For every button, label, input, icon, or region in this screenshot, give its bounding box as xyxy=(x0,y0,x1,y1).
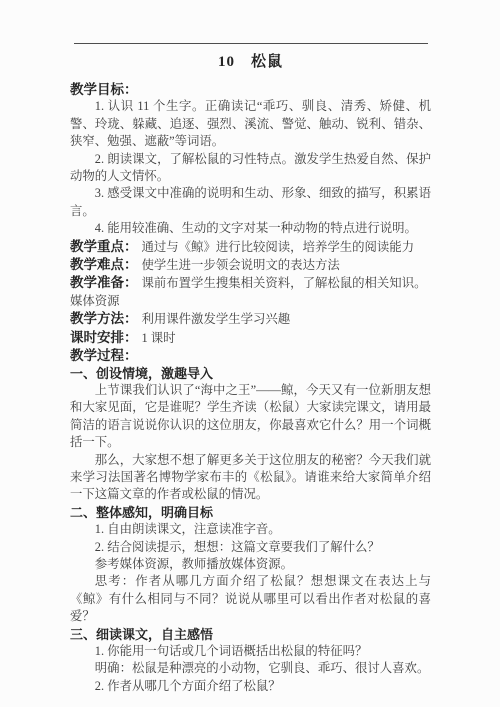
meta-label-method: 教学方法： xyxy=(70,311,138,326)
document-page: 10 松鼠 教学目标： 1. 认识 11 个生字。正确读记“乖巧、驯良、清秀、矫… xyxy=(0,0,500,707)
section-2-paragraph-2: 2. 结合阅读提示，想想：这篇文章要我们了解什么？ xyxy=(70,539,431,556)
meta-schedule: 课时安排：1 课时 xyxy=(70,329,431,347)
meta-text-key-points: 通过与《鲸》进行比较阅读，培养学生的阅读能力 xyxy=(142,240,415,254)
meta-label-preparation: 教学准备： xyxy=(70,275,138,290)
document-content: 10 松鼠 教学目标： 1. 认识 11 个生字。正确读记“乖巧、驯良、清秀、矫… xyxy=(70,47,431,695)
section-1-paragraph-2: 那么，大家想不想了解更多关于这位朋友的秘密？今天我们就来学习法国著名博物学家布丰… xyxy=(70,452,431,504)
meta-method: 教学方法：利用课件激发学生学习兴趣 xyxy=(70,310,431,328)
process-header: 教学过程： xyxy=(70,347,431,364)
meta-text-difficulties: 使学生进一步领会说明文的表达方法 xyxy=(142,258,340,272)
section-3-paragraph-2: 明确：松鼠是种漂亮的小动物，它驯良、乖巧、很讨人喜欢。 xyxy=(70,660,431,677)
section-3-heading: 三、细读课文，自主感悟 xyxy=(70,626,431,643)
meta-difficulties: 教学难点：使学生进一步领会说明文的表达方法 xyxy=(70,256,431,274)
section-3-paragraph-1: 1. 你能用一句话或几个词语概括出松鼠的特征吗？ xyxy=(70,643,431,660)
section-1-paragraph-1: 上节课我们认识了“海中之王”——鲸，今天又有一位新朋友想和大家见面，它是谁呢？学… xyxy=(70,382,431,452)
meta-label-key-points: 教学重点： xyxy=(70,239,138,254)
header-rule xyxy=(74,43,428,44)
lesson-title: 10 松鼠 xyxy=(70,52,431,72)
meta-preparation: 教学准备：课前布置学生搜集相关资料，了解松鼠的相关知识。媒体资源 xyxy=(70,274,431,310)
meta-text-method: 利用课件激发学生学习兴趣 xyxy=(142,312,291,326)
section-1-heading: 一、创设情境，激趣导入 xyxy=(70,365,431,382)
section-2-paragraph-4: 思考：作者从哪几方面介绍了松鼠？想想课文在表达上与《鲸》有什么相同与不同？说说从… xyxy=(70,573,431,625)
section-2-paragraph-3: 参考媒体资源，教师播放媒体资源。 xyxy=(70,556,431,573)
meta-text-schedule: 1 课时 xyxy=(142,331,176,345)
section-3-paragraph-3: 2. 作者从哪几个方面介绍了松鼠？ xyxy=(70,678,431,695)
section-2-heading: 二、整体感知，明确目标 xyxy=(70,504,431,521)
meta-label-difficulties: 教学难点： xyxy=(70,257,138,272)
objective-item-1: 1. 认识 11 个生字。正确读记“乖巧、驯良、清秀、矫健、机警、玲珑、躲藏、追… xyxy=(70,98,431,150)
meta-key-points: 教学重点：通过与《鲸》进行比较阅读，培养学生的阅读能力 xyxy=(70,238,431,256)
meta-label-schedule: 课时安排： xyxy=(70,330,138,345)
objective-item-4: 4. 能用较准确、生动的文字对某一种动物的特点进行说明。 xyxy=(70,220,431,237)
objective-item-3: 3. 感受课文中准确的说明和生动、形象、细致的描写，积累语言。 xyxy=(70,185,431,220)
section-2-paragraph-1: 1. 自由朗读课文，注意读准字音。 xyxy=(70,521,431,538)
objective-item-2: 2. 朗读课文，了解松鼠的习性特点。激发学生热爱自然、保护动物的人文情怀。 xyxy=(70,151,431,186)
objectives-header: 教学目标： xyxy=(70,81,431,98)
